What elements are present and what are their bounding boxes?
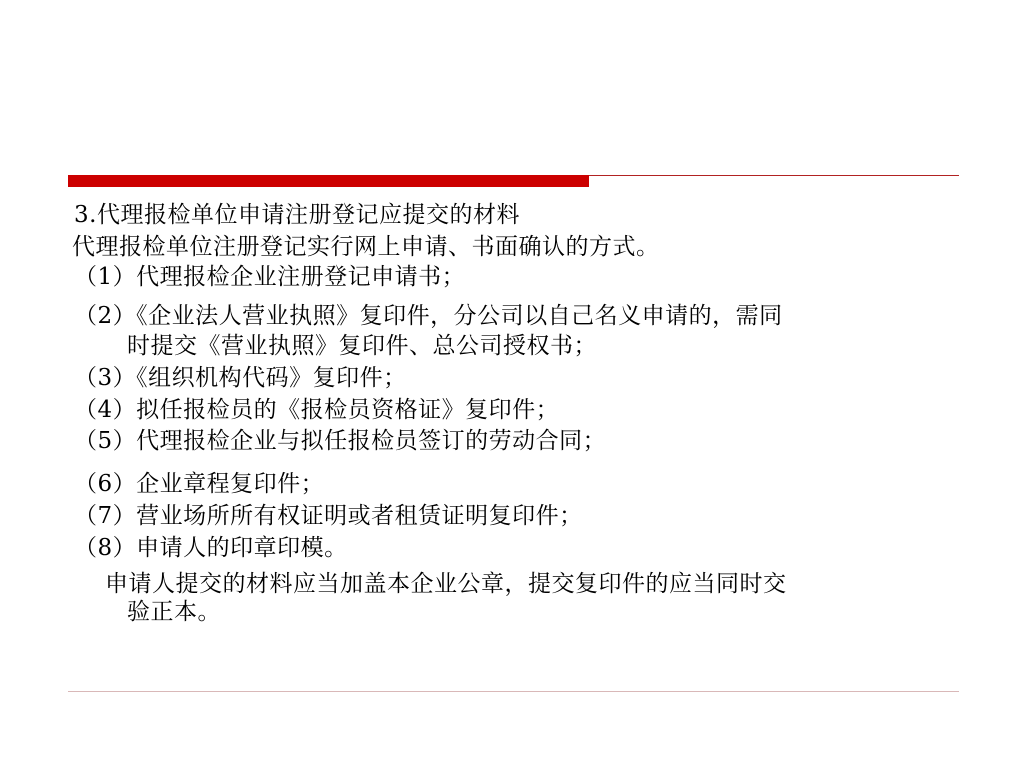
list-item-7: （7）营业场所所有权证明或者租赁证明复印件；: [74, 501, 583, 531]
list-item-4: （4）拟任报检员的《报检员资格证》复印件；: [74, 395, 559, 425]
list-item-1: （1）代理报检企业注册登记申请书；: [74, 262, 465, 292]
list-item-6: （6）企业章程复印件；: [74, 469, 324, 499]
slide: 3.代理报检单位申请注册登记应提交的材料 代理报检单位注册登记实行网上申请、书面…: [0, 0, 1024, 768]
title-rule-line: [589, 175, 959, 176]
footer-rule-line: [68, 691, 959, 692]
intro-text: 代理报检单位注册登记实行网上申请、书面确认的方式。: [72, 232, 660, 262]
slide-heading: 3.代理报检单位申请注册登记应提交的材料: [74, 200, 520, 230]
list-item-2: （2）《企业法人营业执照》复印件，分公司以自己名义申请的，需同: [74, 301, 783, 331]
note-text-continued: 验正本。: [127, 597, 221, 627]
list-item-8: （8）申请人的印章印模。: [74, 533, 348, 563]
note-text: 申请人提交的材料应当加盖本企业公章，提交复印件的应当同时交: [105, 569, 787, 599]
list-item-2-continued: 时提交《营业执照》复印件、总公司授权书；: [127, 331, 597, 361]
list-item-3: （3）《组织机构代码》复印件；: [74, 363, 407, 393]
title-accent-bar: [68, 175, 589, 187]
list-item-5: （5）代理报检企业与拟任报检员签订的劳动合同；: [74, 426, 606, 456]
